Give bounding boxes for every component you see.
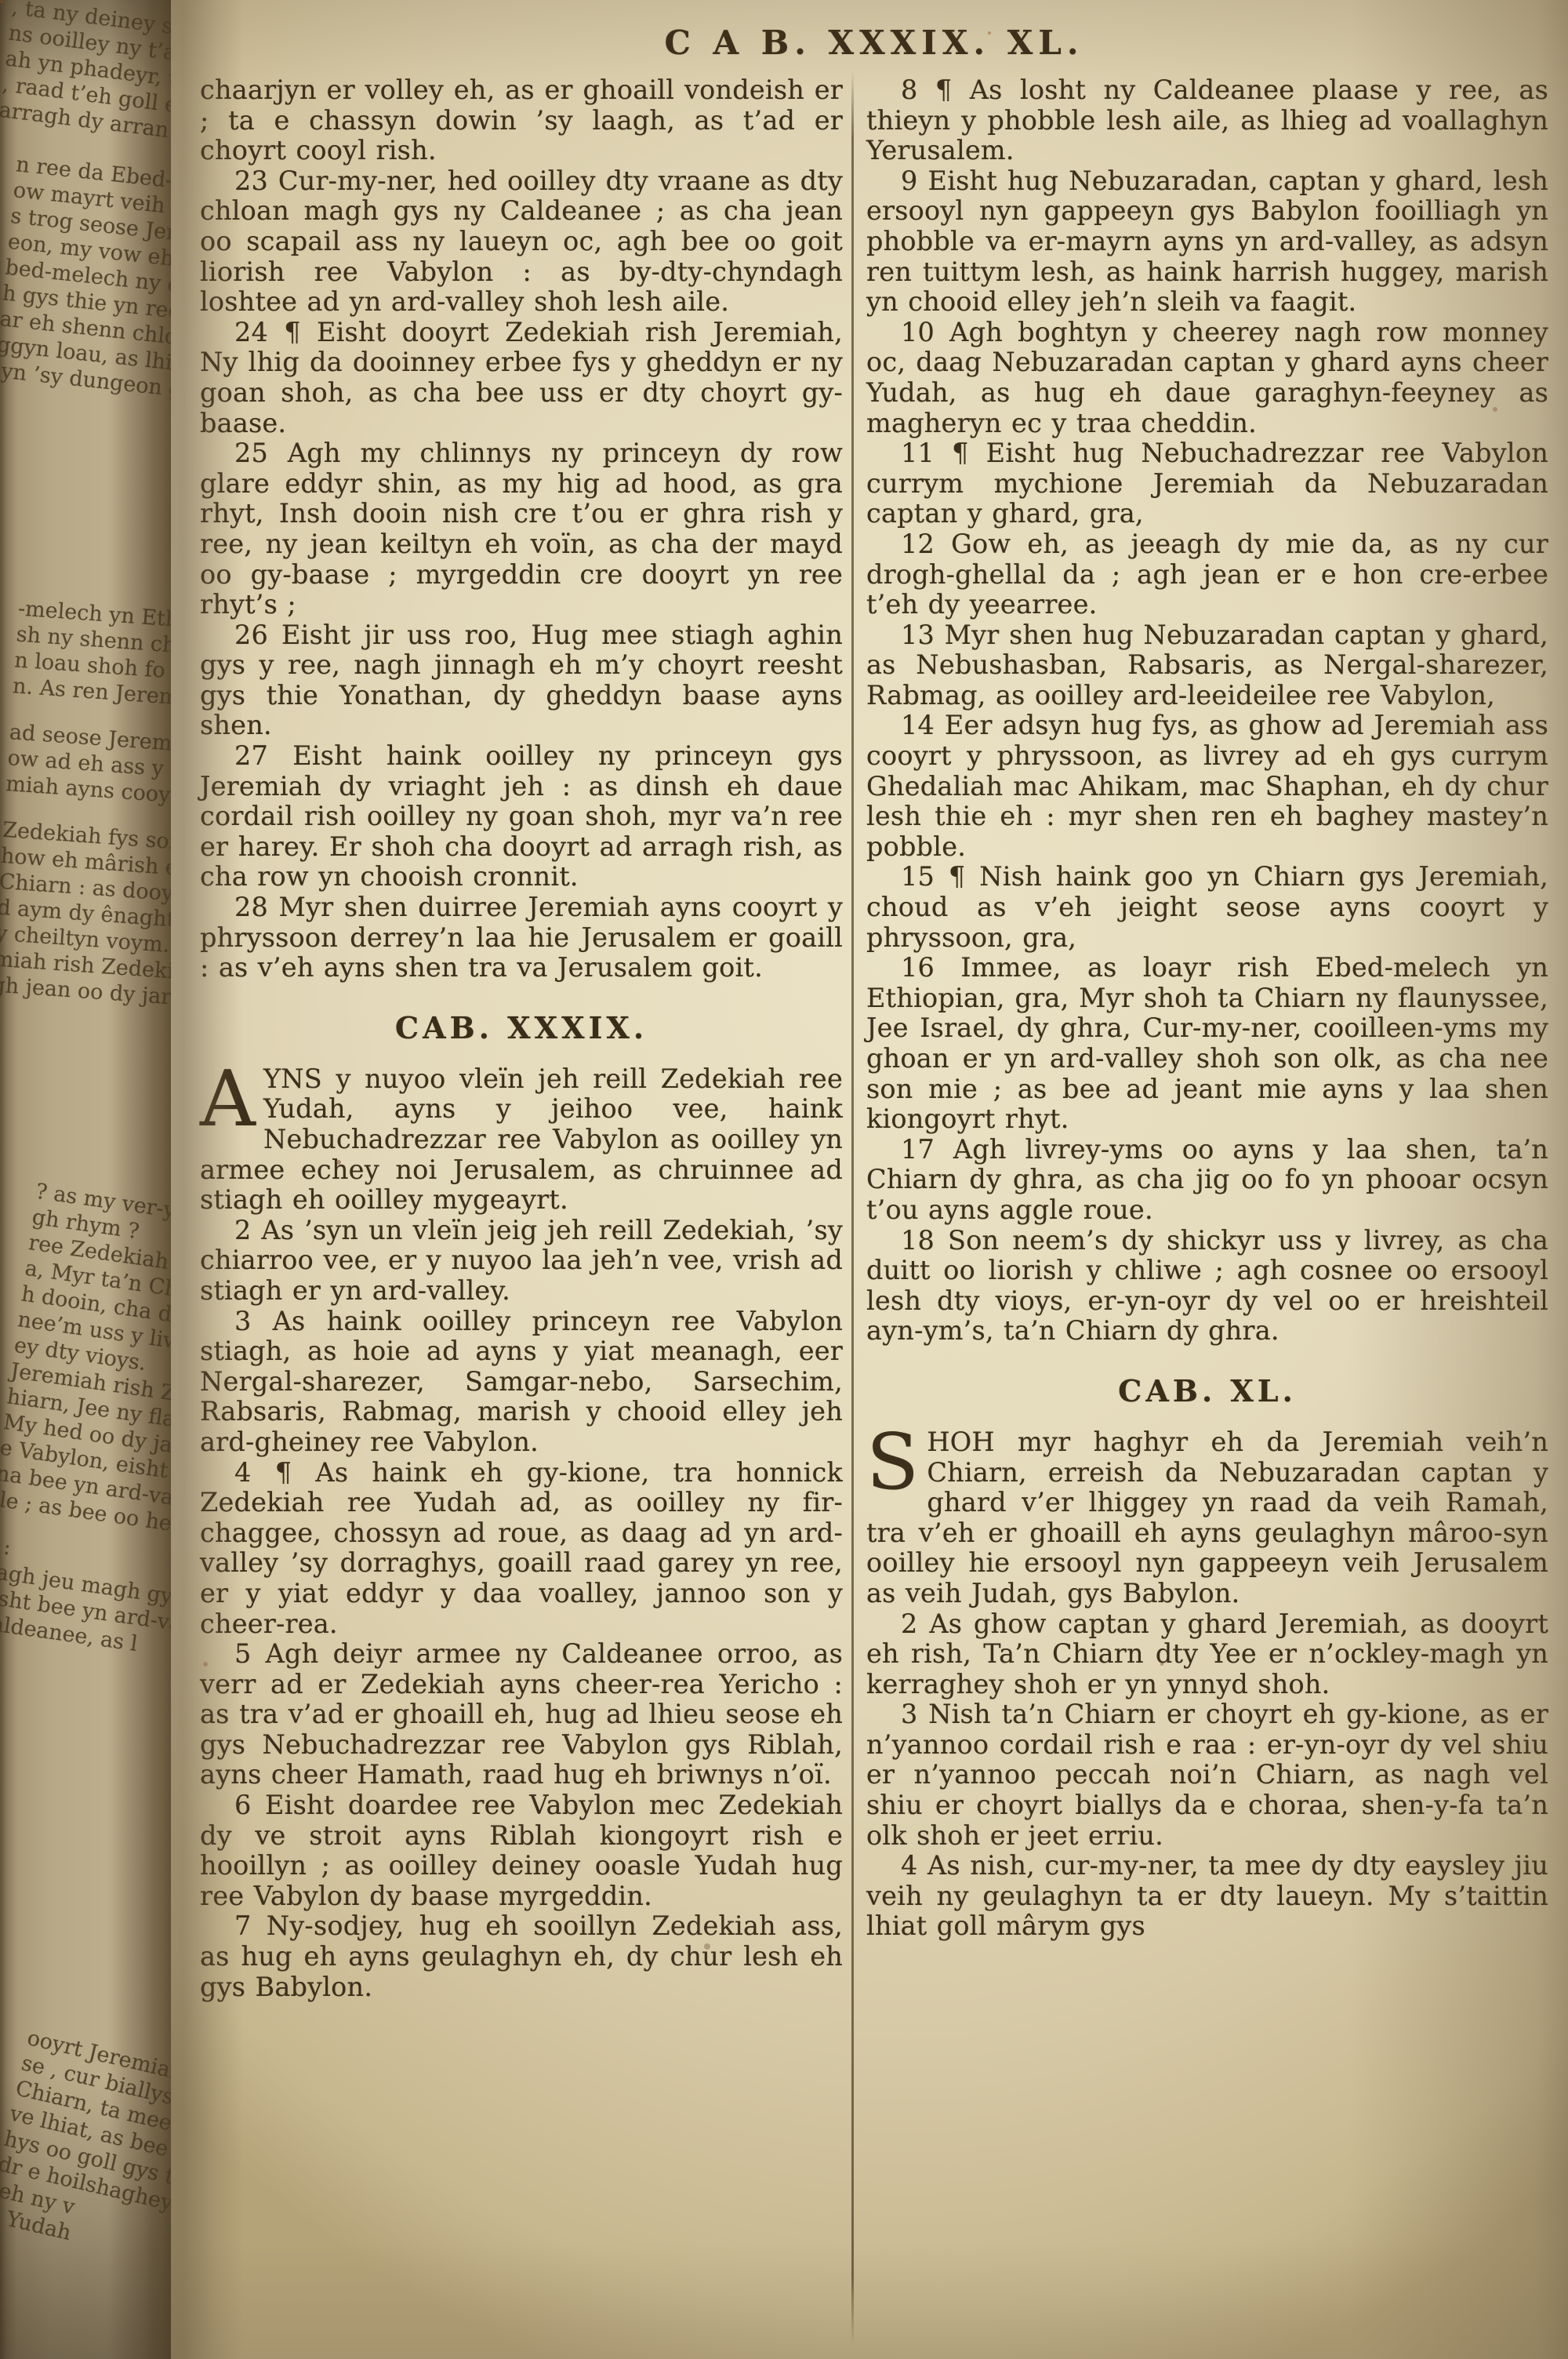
verse-paragraph: AYNS y nuyoo vleïn jeh reill Zedekiah re…	[200, 1064, 843, 1216]
verse-paragraph: chaarjyn er volley eh, as er ghoaill von…	[200, 75, 843, 166]
chapter-heading: CAB. XXXIX.	[200, 1010, 843, 1045]
book-page-photo: { "header": { "title": "C A B. XXXIX. XL…	[0, 0, 1568, 2359]
verse-paragraph: 25 Agh my chlinnys ny princeyn dy row gl…	[200, 438, 843, 620]
spine-text-group: ? as my ver-ym coyrgh rhym ?ree Zedekiah…	[0, 1179, 171, 1663]
verse-paragraph: 13 Myr shen hug Nebuzaradan captan y gha…	[866, 620, 1548, 711]
verse-paragraph: 27 Eisht haink ooilley ny princeyn gys J…	[200, 741, 843, 892]
verse-paragraph: 3 Nish ta’n Chiarn er choyrt eh gy-kione…	[866, 1699, 1548, 1851]
verse-paragraph: 18 Son neem’s dy shickyr uss y livrey, a…	[866, 1226, 1548, 1347]
verse-paragraph: 4 ¶ As haink eh gy-kione, tra honnick Ze…	[200, 1458, 843, 1640]
paper-specks	[0, 0, 3, 3]
verse-paragraph: 8 ¶ As losht ny Caldeanee plaase y ree, …	[866, 75, 1548, 166]
verse-paragraph: 16 Immee, as loayr rish Ebed-melech yn E…	[866, 953, 1548, 1135]
drop-cap: A	[200, 1064, 263, 1130]
verse-paragraph: 12 Gow eh, as jeeagh dy mie da, as ny cu…	[866, 529, 1548, 620]
verse-paragraph: 5 Agh deiyr armee ny Caldeanee orroo, as…	[200, 1639, 843, 1790]
verse-paragraph: 28 Myr shen duirree Jeremiah ayns cooyrt…	[200, 892, 843, 983]
right-column: 8 ¶ As losht ny Caldeanee plaase y ree, …	[866, 75, 1548, 2002]
verse-paragraph: 23 Cur-my-ner, hed ooilley dty vraane as…	[200, 166, 843, 318]
previous-page-edge: , ta ny deiney sns ooilley ny t’adah yn …	[0, 0, 171, 2359]
verse-paragraph: 3 As haink ooilley princeyn ree Vabylon …	[200, 1307, 843, 1458]
text-columns: chaarjyn er volley eh, as er ghoaill von…	[200, 75, 1548, 2002]
verse-paragraph: 24 ¶ Eisht dooyrt Zedekiah rish Jeremiah…	[200, 318, 843, 438]
spine-text-group: n ree da Ebed-melow mayrt veih shs trog …	[0, 151, 171, 405]
verse-paragraph: 10 Agh boghtyn y cheerey nagh row monney…	[866, 318, 1548, 438]
verse-paragraph: 4 As nish, cur-my-ner, ta mee dy dty eay…	[866, 1851, 1548, 1942]
verse-paragraph: 14 Eer adsyn hug fys, as ghow ad Jeremia…	[866, 711, 1548, 862]
spine-text-group: , ta ny deiney sns ooilley ny t’adah yn …	[0, 0, 171, 147]
verse-paragraph: 6 Eisht doardee ree Vabylon mec Zedekiah…	[200, 1790, 843, 1911]
spine-text-group: -melech yn Ethiopish ny shenn chloodynn …	[0, 596, 171, 1012]
verse-paragraph: SHOH myr haghyr eh da Jeremiah veih’n Ch…	[866, 1427, 1548, 1609]
page-header: C A B. XXXIX. XL.	[200, 24, 1548, 62]
verse-paragraph: 15 ¶ Nish haink goo yn Chiarn gys Jeremi…	[866, 862, 1548, 953]
verse-paragraph: 26 Eisht jir uss roo, Hug mee stiagh agh…	[200, 620, 843, 741]
verse-paragraph: 2 As ghow captan y ghard Jeremiah, as do…	[866, 1609, 1548, 1700]
verse-paragraph: 7 Ny-sodjey, hug eh sooillyn Zedekiah as…	[200, 1911, 843, 2002]
verse-paragraph: 11 ¶ Eisht hug Nebuchadrezzar ree Vabylo…	[866, 438, 1548, 529]
verse-paragraph: 2 As ’syn un vleïn jeig jeh reill Zedeki…	[200, 1216, 843, 1307]
drop-cap: S	[866, 1427, 927, 1493]
verse-paragraph: 9 Eisht hug Nebuzaradan, captan y ghard,…	[866, 166, 1548, 318]
spine-text-group: ooyrt Jeremiah, Chase , cur biallys, ta …	[0, 2025, 171, 2273]
chapter-heading: CAB. XL.	[866, 1373, 1548, 1408]
left-column: chaarjyn er volley eh, as er ghoaill von…	[200, 75, 843, 2002]
verse-paragraph: 17 Agh livrey-yms oo ayns y laa shen, ta…	[866, 1135, 1548, 1226]
